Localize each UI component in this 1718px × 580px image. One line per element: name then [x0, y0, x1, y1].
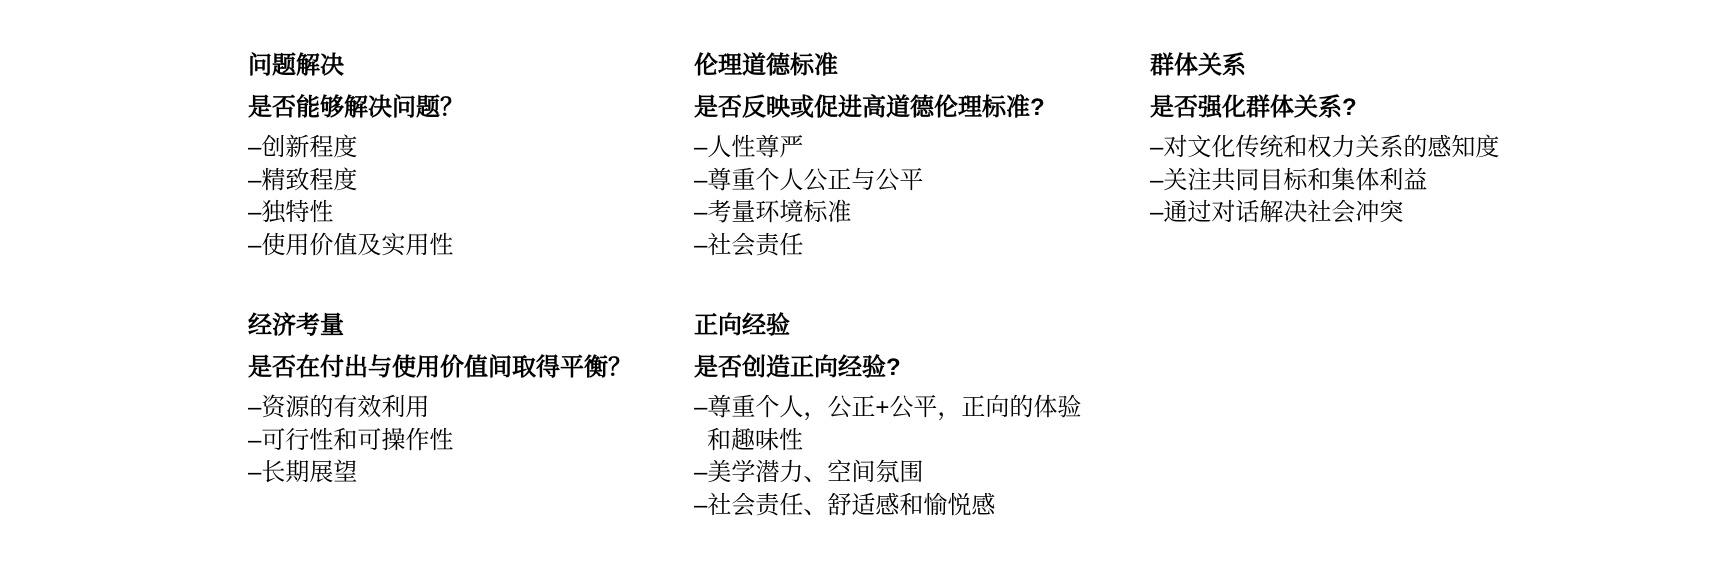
section-ethical-standards: 伦理道德标准 是否反映或促进高道德伦理标准? –人性尊严 –尊重个人公正与公平 … [694, 50, 1045, 262]
criteria-item: –可行性和可操作性 [248, 425, 632, 458]
section-title: 伦理道德标准 [694, 50, 1045, 82]
section-title: 群体关系 [1150, 50, 1499, 82]
section-question: 是否创造正向经验? [694, 352, 1081, 384]
section-economic-considerations: 经济考量 是否在付出与使用价值间取得平衡？ –资源的有效利用 –可行性和可操作性… [248, 310, 632, 490]
criteria-item: –社会责任、舒适感和愉悦感 [694, 490, 1081, 523]
criteria-item: –考量环境标准 [694, 197, 1045, 230]
criteria-item: –精致程度 [248, 165, 464, 198]
criteria-item: –使用价值及实用性 [248, 230, 464, 263]
section-question: 是否反映或促进高道德伦理标准? [694, 92, 1045, 124]
criteria-item: –对文化传统和权力关系的感知度 [1150, 132, 1499, 165]
criteria-item: –人性尊严 [694, 132, 1045, 165]
criteria-list: –尊重个人，公正+公平，正向的体验 和趣味性 –美学潜力、空间氛围 –社会责任、… [694, 392, 1081, 522]
section-group-relations: 群体关系 是否强化群体关系? –对文化传统和权力关系的感知度 –关注共同目标和集… [1150, 50, 1499, 230]
section-positive-experience: 正向经验 是否创造正向经验? –尊重个人，公正+公平，正向的体验 和趣味性 –美… [694, 310, 1081, 522]
criteria-list: –对文化传统和权力关系的感知度 –关注共同目标和集体利益 –通过对话解决社会冲突 [1150, 132, 1499, 230]
criteria-item: –资源的有效利用 [248, 392, 632, 425]
section-question: 是否能够解决问题？ [248, 92, 464, 124]
criteria-item: –社会责任 [694, 230, 1045, 263]
criteria-item-continuation: 和趣味性 [694, 425, 1081, 458]
criteria-list: –人性尊严 –尊重个人公正与公平 –考量环境标准 –社会责任 [694, 132, 1045, 262]
criteria-item: –美学潜力、空间氛围 [694, 457, 1081, 490]
criteria-item: –长期展望 [248, 457, 632, 490]
criteria-item: –尊重个人，公正+公平，正向的体验 [694, 392, 1081, 425]
criteria-list: –创新程度 –精致程度 –独特性 –使用价值及实用性 [248, 132, 464, 262]
criteria-item: –创新程度 [248, 132, 464, 165]
criteria-item: –独特性 [248, 197, 464, 230]
section-title: 正向经验 [694, 310, 1081, 342]
section-problem-solving: 问题解决 是否能够解决问题？ –创新程度 –精致程度 –独特性 –使用价值及实用… [248, 50, 464, 262]
section-title: 问题解决 [248, 50, 464, 82]
section-question: 是否在付出与使用价值间取得平衡？ [248, 352, 632, 384]
section-title: 经济考量 [248, 310, 632, 342]
criteria-item: –通过对话解决社会冲突 [1150, 197, 1499, 230]
criteria-item: –关注共同目标和集体利益 [1150, 165, 1499, 198]
section-question: 是否强化群体关系? [1150, 92, 1499, 124]
criteria-item: –尊重个人公正与公平 [694, 165, 1045, 198]
criteria-list: –资源的有效利用 –可行性和可操作性 –长期展望 [248, 392, 632, 490]
